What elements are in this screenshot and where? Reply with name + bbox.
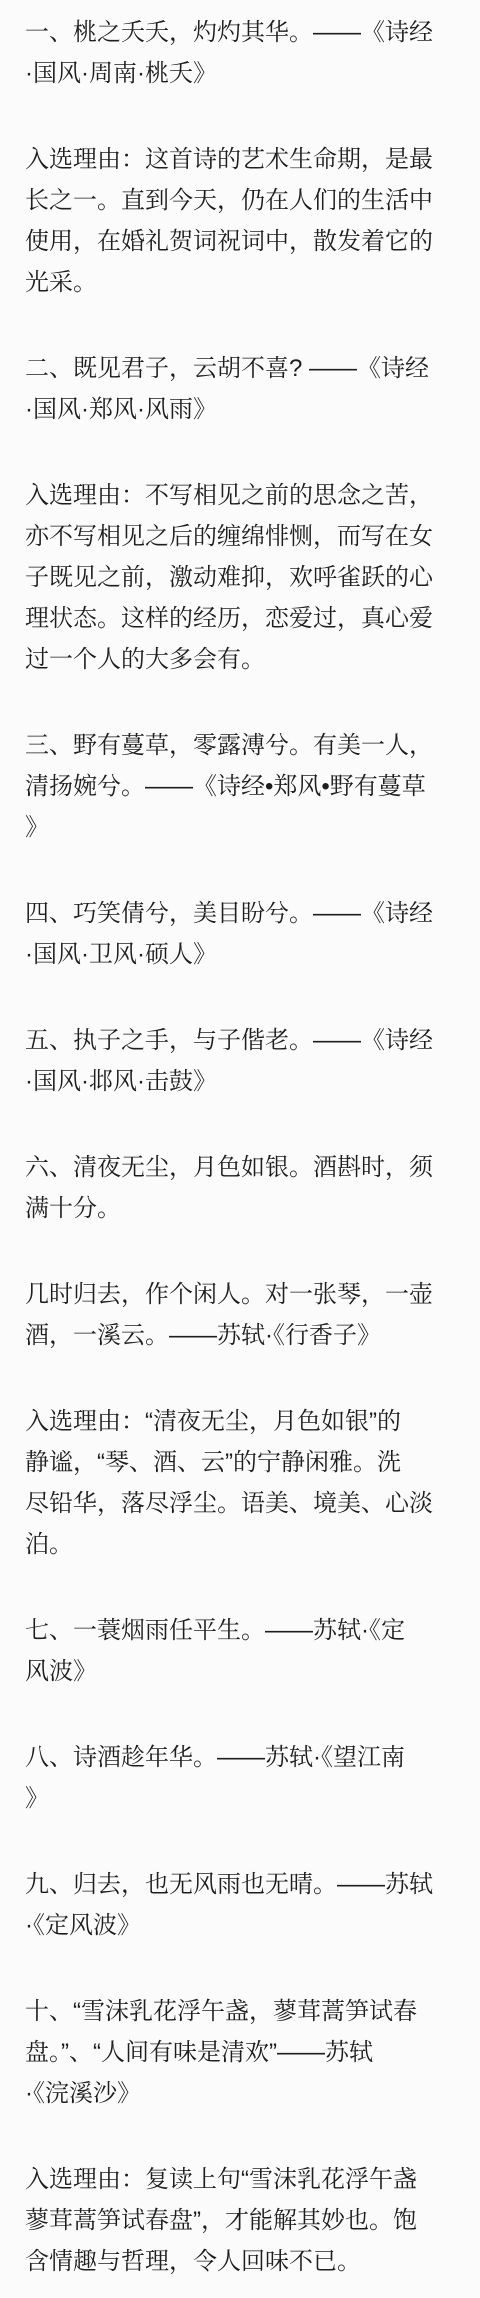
quote-entry-6-continued: 几时归去，作个闲人。对一张琴，一壶 酒，一溪云。——苏轼·《行香子》 (25, 1274, 465, 1356)
quote-entry-2: 二、既见君子，云胡不喜? ——《诗经 ·国风·郑风·风雨》 (25, 348, 465, 430)
quote-entry-9: 九、归去，也无风雨也无晴。——苏轼 ·《定风波》 (25, 1864, 465, 1946)
quote-entry-1: 一、桃之夭夭，灼灼其华。——《诗经 ·国风·周南·桃夭》 (25, 12, 465, 94)
article-body: 一、桃之夭夭，灼灼其华。——《诗经 ·国风·周南·桃夭》 入选理由：这首诗的艺术… (0, 0, 480, 2298)
commentary-entry-6: 入选理由：“清夜无尘，月色如银”的 静谧，“琴、酒、云”的宁静闲雅。洗 尽铅华，… (25, 1401, 465, 1565)
commentary-entry-2: 入选理由：不写相见之前的思念之苦， 亦不写相见之后的缠绵悱恻，而写在女 子既见之… (25, 475, 465, 680)
quote-entry-7: 七、一蓑烟雨任平生。——苏轼·《定 风波》 (25, 1610, 465, 1692)
quote-entry-8: 八、诗酒趁年华。——苏轼·《望江南 》 (25, 1737, 465, 1819)
quote-entry-3: 三、野有蔓草，零露溥兮。有美一人， 清扬婉兮。——《诗经•郑风•野有蔓草 》 (25, 725, 465, 848)
quote-entry-4: 四、巧笑倩兮，美目盼兮。——《诗经 ·国风·卫风·硕人》 (25, 893, 465, 975)
quote-entry-5: 五、执子之手，与子偕老。——《诗经 ·国风·邶风·击鼓》 (25, 1020, 465, 1102)
quote-entry-6: 六、清夜无尘，月色如银。酒斟时，须 满十分。 (25, 1147, 465, 1229)
commentary-entry-1: 入选理由：这首诗的艺术生命期，是最 长之一。直到今天，仍在人们的生活中 使用，在… (25, 139, 465, 303)
commentary-entry-10: 入选理由：复读上句“雪沫乳花浮午盏 蓼茸蒿笋试春盘”，才能解其妙也。饱 含情趣与… (25, 2159, 465, 2282)
quote-entry-10: 十、“雪沫乳花浮午盏，蓼茸蒿笋试春 盘。”、“人间有味是清欢”——苏轼 ·《浣溪… (25, 1991, 465, 2114)
